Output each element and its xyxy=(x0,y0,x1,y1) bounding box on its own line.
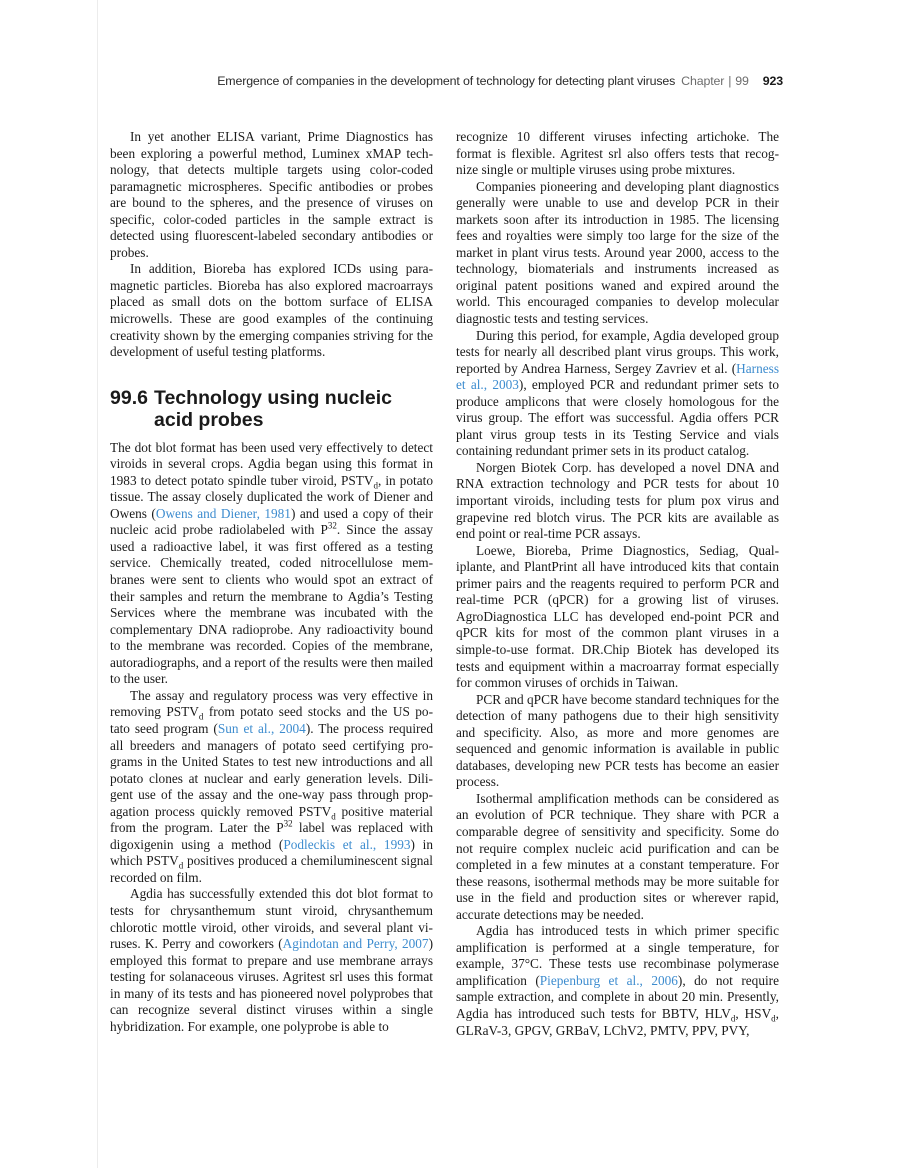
paragraph: In yet another ELISA variant, Prime Diag… xyxy=(110,129,433,261)
citation-link[interactable]: Sun et al., 2004 xyxy=(218,721,306,736)
paragraph: recognize 10 different viruses infecting… xyxy=(456,129,779,179)
header-separator: | xyxy=(728,74,731,88)
citation-link[interactable]: Piepenburg et al., 2006 xyxy=(540,973,678,988)
citation-link[interactable]: Podleckis et al., 1993 xyxy=(283,837,410,852)
page-number: 923 xyxy=(763,74,783,88)
paragraph: The dot blot format has been used very e… xyxy=(110,440,433,688)
chapter-number: 99 xyxy=(735,74,748,88)
paragraph: Norgen Biotek Corp. has developed a nove… xyxy=(456,460,779,543)
section-heading: 99.6 Technology using nucleic acid probe… xyxy=(110,387,433,431)
superscript: 32 xyxy=(284,819,293,829)
running-header: Emergence of companies in the developmen… xyxy=(217,74,783,88)
text-run: . Since the assay used a radioactive lab… xyxy=(110,522,433,686)
paragraph: In addition, Bioreba has explored ICDs u… xyxy=(110,261,433,360)
right-column: recognize 10 different viruses infecting… xyxy=(456,129,779,1039)
running-title: Emergence of companies in the developmen… xyxy=(217,74,675,88)
text-run: , HSV xyxy=(735,1006,771,1021)
paragraph: The assay and regulatory process was ver… xyxy=(110,688,433,887)
paragraph: Agdia has introduced tests in which prim… xyxy=(456,923,779,1039)
superscript: 32 xyxy=(328,521,337,531)
paragraph: Isothermal amplification methods can be … xyxy=(456,791,779,923)
text-run: During this period, for example, Agdia d… xyxy=(456,328,779,376)
paragraph: Loewe, Bioreba, Prime Diagnostics, Sedia… xyxy=(456,543,779,692)
paragraph: PCR and qPCR have become standard techni… xyxy=(456,692,779,791)
paragraph: Companies pioneering and developing plan… xyxy=(456,179,779,328)
citation-link[interactable]: Owens and Diener, 1981 xyxy=(156,506,291,521)
paragraph: Agdia has successfully extended this dot… xyxy=(110,886,433,1035)
citation-link[interactable]: Agindotan and Perry, 2007 xyxy=(283,936,429,951)
page-scan-edge xyxy=(97,0,98,1168)
section-title: Technology using nucleic acid probes xyxy=(154,387,433,431)
chapter-label: Chapter xyxy=(681,74,724,88)
paragraph: During this period, for example, Agdia d… xyxy=(456,328,779,460)
section-number: 99.6 xyxy=(110,387,154,431)
left-column: In yet another ELISA variant, Prime Diag… xyxy=(110,129,433,1035)
